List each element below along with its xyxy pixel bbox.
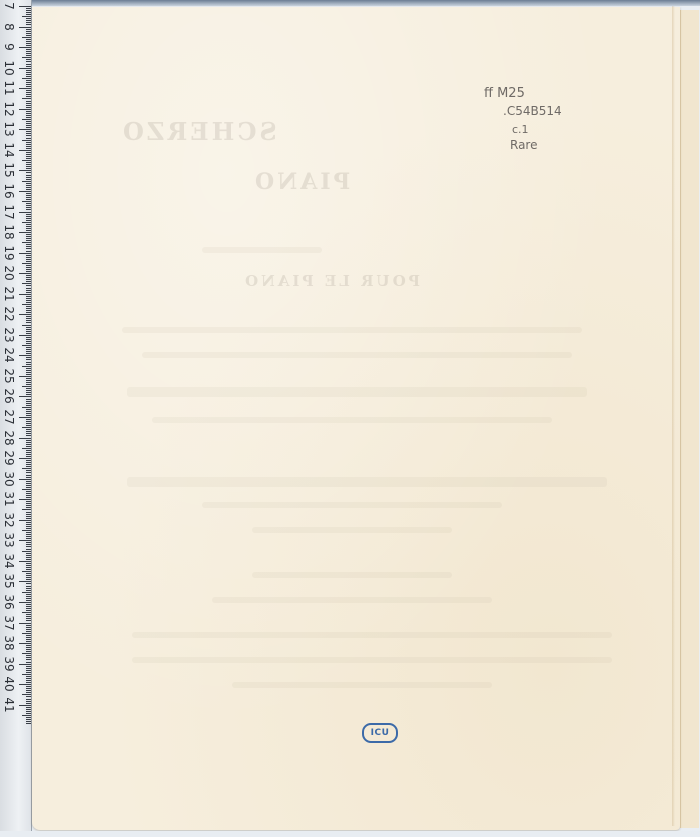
ruler-tick: [26, 35, 31, 36]
ruler-tick: [26, 368, 31, 369]
ruler-tick: [26, 82, 31, 83]
ruler-tick: [26, 444, 31, 445]
ruler-tick: [26, 703, 31, 704]
ruler-tick: [26, 33, 31, 34]
ruler-tick: [26, 411, 31, 412]
ruler-tick: [26, 413, 31, 414]
ruler-tick: [19, 335, 31, 336]
measuring-ruler: 7891011121314151617181920212223242526272…: [0, 0, 32, 837]
ruler-tick: [26, 699, 31, 700]
ruler-tick: [26, 127, 31, 128]
ruler-tick: [26, 588, 31, 589]
ruler-tick: [26, 103, 31, 104]
ruler-tick: [26, 70, 31, 71]
ruler-tick: [26, 577, 31, 578]
ruler-tick: [26, 454, 31, 455]
ruler-label: 23: [3, 327, 15, 343]
ruler-tick: [26, 682, 31, 683]
ruler-tick: [26, 546, 31, 547]
ruler-label: 7: [3, 0, 15, 14]
ruler-tick: [26, 329, 31, 330]
ruler-tick: [26, 647, 31, 648]
ruler-tick: [26, 604, 31, 605]
ruler-tick: [22, 407, 31, 408]
ruler-label: 22: [3, 306, 15, 322]
ruler-tick: [19, 314, 31, 315]
ruler-tick: [26, 144, 31, 145]
ruler-tick: [26, 187, 31, 188]
ruler-tick: [26, 450, 31, 451]
ruler-tick: [26, 10, 31, 11]
ruler-tick: [26, 610, 31, 611]
ruler-tick: [26, 614, 31, 615]
showthrough-title-3: POUR LE PIANO: [242, 272, 420, 290]
ruler-tick: [22, 653, 31, 654]
ruler-tick: [26, 24, 31, 25]
ruler-tick: [26, 349, 31, 350]
ruler-label: 13: [3, 121, 15, 137]
ruler-tick: [26, 257, 31, 258]
ruler-label: 24: [3, 347, 15, 363]
ruler-tick: [26, 370, 31, 371]
ruler-tick: [19, 232, 31, 233]
ruler-label: 27: [3, 409, 15, 425]
ruler-tick: [26, 678, 31, 679]
ruler-tick: [26, 320, 31, 321]
ruler-tick: [26, 292, 31, 293]
pencil-annotation-line-1: ff M25: [484, 86, 525, 101]
ruler-tick: [26, 721, 31, 722]
ruler-tick: [26, 333, 31, 334]
ruler-label: 21: [3, 286, 15, 302]
ruler-tick: [26, 662, 31, 663]
ruler-tick: [26, 166, 31, 167]
ruler-tick: [26, 575, 31, 576]
ruler-tick: [26, 265, 31, 266]
ruler-tick: [19, 581, 31, 582]
ruler-label: 17: [3, 204, 15, 220]
showthrough-line: [212, 597, 492, 603]
ruler-label: 14: [3, 142, 15, 158]
ruler-tick: [26, 337, 31, 338]
ruler-tick: [26, 271, 31, 272]
ruler-tick: [19, 684, 31, 685]
ruler-tick: [22, 366, 31, 367]
ruler-tick: [26, 261, 31, 262]
ruler-tick: [22, 222, 31, 223]
ruler-tick: [26, 193, 31, 194]
library-stamp: ICU: [362, 723, 398, 743]
ruler-tick: [19, 273, 31, 274]
ruler-tick: [26, 240, 31, 241]
document-page: SCHERZO PIANO POUR LE PIANO: [32, 7, 680, 830]
ruler-tick: [19, 458, 31, 459]
ruler-tick: [22, 612, 31, 613]
ruler-tick: [22, 694, 31, 695]
ruler-tick: [26, 711, 31, 712]
showthrough-line: [127, 387, 587, 397]
ruler-tick: [26, 625, 31, 626]
ruler-tick: [26, 277, 31, 278]
ruler-tick: [19, 602, 31, 603]
ruler-tick: [26, 113, 31, 114]
ruler-tick: [26, 542, 31, 543]
ruler-label: 32: [3, 512, 15, 528]
ruler-tick: [19, 520, 31, 521]
ruler-tick: [26, 312, 31, 313]
ruler-tick: [22, 633, 31, 634]
ruler-tick: [26, 72, 31, 73]
ruler-tick: [26, 86, 31, 87]
ruler-tick: [26, 567, 31, 568]
ruler-tick: [26, 343, 31, 344]
ruler-tick: [26, 94, 31, 95]
ruler-tick: [22, 674, 31, 675]
ruler-tick: [26, 59, 31, 60]
ruler-tick: [26, 565, 31, 566]
ruler-tick: [19, 212, 31, 213]
ruler-tick: [26, 96, 31, 97]
ruler-tick: [26, 359, 31, 360]
ruler-tick: [26, 76, 31, 77]
ruler-label: 26: [3, 388, 15, 404]
ruler-tick: [22, 530, 31, 531]
ruler-tick: [26, 528, 31, 529]
ruler-tick: [22, 304, 31, 305]
ruler-tick: [19, 68, 31, 69]
ruler-tick: [26, 639, 31, 640]
ruler-tick: [19, 191, 31, 192]
ruler-tick: [26, 117, 31, 118]
ruler-tick: [26, 491, 31, 492]
ruler-tick: [26, 688, 31, 689]
ruler-tick: [26, 409, 31, 410]
ruler-tick: [26, 598, 31, 599]
ruler-tick: [26, 672, 31, 673]
ruler-tick: [22, 140, 31, 141]
ruler-tick: [26, 536, 31, 537]
ruler-tick: [22, 37, 31, 38]
ruler-tick: [26, 403, 31, 404]
ruler-tick: [26, 288, 31, 289]
ruler-tick: [26, 481, 31, 482]
ruler-tick: [26, 123, 31, 124]
ruler-tick: [26, 275, 31, 276]
ruler-tick: [26, 199, 31, 200]
ruler-tick: [26, 230, 31, 231]
ruler-tick: [26, 680, 31, 681]
ruler-tick: [26, 723, 31, 724]
ruler-tick: [26, 131, 31, 132]
ruler-tick: [26, 281, 31, 282]
ruler-tick: [22, 78, 31, 79]
ruler-tick: [26, 522, 31, 523]
ruler-tick: [19, 396, 31, 397]
page-fold: [672, 6, 675, 826]
ruler-label: 16: [3, 183, 15, 199]
ruler-tick: [26, 14, 31, 15]
ruler-tick: [26, 374, 31, 375]
ruler-tick: [26, 405, 31, 406]
ruler-label: 10: [3, 60, 15, 76]
ruler-tick: [26, 645, 31, 646]
ruler-tick: [22, 509, 31, 510]
ruler-label: 35: [3, 573, 15, 589]
ruler-tick: [26, 518, 31, 519]
ruler-tick: [19, 540, 31, 541]
ruler-tick: [26, 606, 31, 607]
ruler-tick: [26, 505, 31, 506]
ruler-label: 37: [3, 615, 15, 631]
ruler-tick: [26, 49, 31, 50]
ruler-tick: [26, 285, 31, 286]
ruler-tick: [26, 41, 31, 42]
ruler-label: 40: [3, 676, 15, 692]
ruler-label: 29: [3, 450, 15, 466]
ruler-tick: [26, 236, 31, 237]
showthrough-title-1: SCHERZO: [120, 117, 277, 146]
ruler-tick: [26, 464, 31, 465]
ruler-tick: [19, 643, 31, 644]
ruler-tick: [26, 503, 31, 504]
ruler-tick: [26, 440, 31, 441]
ruler-tick: [22, 448, 31, 449]
ruler-label: 12: [3, 101, 15, 117]
ruler-tick: [26, 668, 31, 669]
ruler-tick: [26, 244, 31, 245]
ruler-tick: [26, 382, 31, 383]
ruler-tick: [26, 524, 31, 525]
pencil-annotation-line-2: .C54B514: [503, 104, 562, 119]
ruler-tick: [22, 386, 31, 387]
ruler-tick: [26, 246, 31, 247]
ruler-tick: [26, 470, 31, 471]
ruler-tick: [26, 300, 31, 301]
ruler-tick: [26, 586, 31, 587]
ruler-tick: [26, 347, 31, 348]
ruler-tick: [19, 170, 31, 171]
ruler-tick: [19, 253, 31, 254]
ruler-label: 9: [3, 39, 15, 55]
ruler-tick: [26, 53, 31, 54]
ruler-tick: [26, 125, 31, 126]
ruler-tick: [26, 433, 31, 434]
ruler-tick: [26, 162, 31, 163]
ruler-tick: [26, 29, 31, 30]
ruler-tick: [26, 384, 31, 385]
ruler-tick: [26, 487, 31, 488]
ruler-tick: [22, 551, 31, 552]
ruler-tick: [26, 717, 31, 718]
ruler-tick: [26, 635, 31, 636]
ruler-tick: [26, 255, 31, 256]
ruler-tick: [26, 279, 31, 280]
ruler-tick: [26, 460, 31, 461]
ruler-tick: [22, 489, 31, 490]
ruler-tick: [22, 98, 31, 99]
ruler-tick: [26, 152, 31, 153]
ruler-tick: [26, 224, 31, 225]
ruler-tick: [26, 135, 31, 136]
showthrough-title-2: PIANO: [252, 169, 350, 195]
ruler-tick: [26, 177, 31, 178]
ruler-tick: [26, 394, 31, 395]
ruler-tick: [26, 497, 31, 498]
ruler-tick: [26, 392, 31, 393]
ruler-tick: [26, 600, 31, 601]
ruler-tick: [19, 150, 31, 151]
ruler-tick: [26, 146, 31, 147]
ruler-tick: [26, 419, 31, 420]
ruler-tick: [26, 220, 31, 221]
ruler-tick: [26, 659, 31, 660]
ruler-tick: [19, 438, 31, 439]
ruler-tick: [22, 592, 31, 593]
ruler-label: 15: [3, 162, 15, 178]
ruler-tick: [26, 676, 31, 677]
ruler-tick: [26, 507, 31, 508]
ruler-tick: [26, 649, 31, 650]
ruler-tick: [26, 197, 31, 198]
ruler-tick: [26, 512, 31, 513]
ruler-tick: [26, 618, 31, 619]
ruler-tick: [26, 583, 31, 584]
ruler-tick: [26, 390, 31, 391]
ruler-tick: [26, 485, 31, 486]
ruler-tick: [26, 538, 31, 539]
ruler-tick: [26, 218, 31, 219]
ruler-tick: [26, 364, 31, 365]
ruler-tick: [26, 415, 31, 416]
ruler-tick: [26, 709, 31, 710]
ruler-tick: [19, 109, 31, 110]
ruler-tick: [26, 107, 31, 108]
ruler-tick: [26, 362, 31, 363]
ruler-tick: [26, 331, 31, 332]
ruler-tick: [26, 670, 31, 671]
ruler-tick: [26, 8, 31, 9]
ruler-tick: [26, 692, 31, 693]
ruler-tick: [26, 51, 31, 52]
ruler-tick: [22, 57, 31, 58]
pencil-annotation-line-3: c.1: [512, 122, 529, 137]
ruler-tick: [26, 22, 31, 23]
ruler-tick: [26, 456, 31, 457]
ruler-tick: [26, 421, 31, 422]
ruler-tick: [26, 514, 31, 515]
ruler-tick: [26, 183, 31, 184]
ruler-tick: [26, 690, 31, 691]
ruler-label: 39: [3, 656, 15, 672]
ruler-tick: [26, 138, 31, 139]
ruler-tick: [26, 302, 31, 303]
ruler-tick: [26, 594, 31, 595]
ruler-tick: [26, 66, 31, 67]
ruler-tick: [26, 557, 31, 558]
ruler-tick: [26, 544, 31, 545]
showthrough-line: [142, 352, 572, 358]
ruler-tick: [26, 657, 31, 658]
ruler-tick: [26, 172, 31, 173]
ruler-tick: [26, 168, 31, 169]
ruler-tick: [22, 345, 31, 346]
ruler-tick: [26, 495, 31, 496]
pencil-annotation-line-4: Rare: [510, 138, 537, 153]
ruler-label: 11: [3, 80, 15, 96]
ruler-tick: [26, 209, 31, 210]
ruler-tick: [26, 446, 31, 447]
ruler-tick: [26, 12, 31, 13]
ruler-tick: [26, 84, 31, 85]
ruler-tick: [26, 306, 31, 307]
ruler-tick: [22, 119, 31, 120]
showthrough-line: [202, 247, 322, 253]
ruler-tick: [26, 526, 31, 527]
ruler-tick: [26, 442, 31, 443]
ruler-tick: [26, 318, 31, 319]
ruler-tick: [26, 327, 31, 328]
ruler-tick: [19, 705, 31, 706]
ruler-tick: [19, 129, 31, 130]
showthrough-line: [252, 527, 452, 533]
ruler-tick: [19, 355, 31, 356]
ruler-label: 30: [3, 471, 15, 487]
ruler-tick: [26, 133, 31, 134]
ruler-tick: [26, 43, 31, 44]
ruler-tick: [19, 294, 31, 295]
ruler-tick: [26, 429, 31, 430]
ruler-tick: [26, 483, 31, 484]
ruler-label: 20: [3, 265, 15, 281]
ruler-label: 8: [3, 19, 15, 35]
ruler-tick: [26, 380, 31, 381]
ruler-tick: [26, 234, 31, 235]
showthrough-line: [152, 417, 552, 423]
ruler-tick: [26, 493, 31, 494]
ruler-tick: [26, 452, 31, 453]
ruler-tick: [22, 571, 31, 572]
ruler-tick: [26, 641, 31, 642]
ruler-label: 36: [3, 594, 15, 610]
ruler-tick: [19, 27, 31, 28]
ruler-tick: [26, 425, 31, 426]
ruler-tick: [22, 160, 31, 161]
ruler-tick: [26, 590, 31, 591]
ruler-tick: [26, 399, 31, 400]
showthrough-line: [232, 682, 492, 688]
ruler-label: 33: [3, 532, 15, 548]
ruler-tick: [26, 501, 31, 502]
ruler-tick: [26, 596, 31, 597]
showthrough-line: [132, 632, 612, 638]
ruler-tick: [26, 92, 31, 93]
ruler-tick: [26, 205, 31, 206]
ruler-tick: [26, 339, 31, 340]
scanner-top-edge: [0, 0, 700, 6]
ruler-tick: [26, 707, 31, 708]
ruler-tick: [26, 64, 31, 65]
ruler-tick: [22, 16, 31, 17]
ruler-label: 34: [3, 553, 15, 569]
ruler-tick: [26, 101, 31, 102]
ruler-tick: [26, 90, 31, 91]
ruler-tick: [22, 715, 31, 716]
ruler-tick: [26, 179, 31, 180]
ruler-tick: [19, 88, 31, 89]
ruler-tick: [26, 238, 31, 239]
ruler-tick: [22, 263, 31, 264]
ruler-tick: [26, 651, 31, 652]
